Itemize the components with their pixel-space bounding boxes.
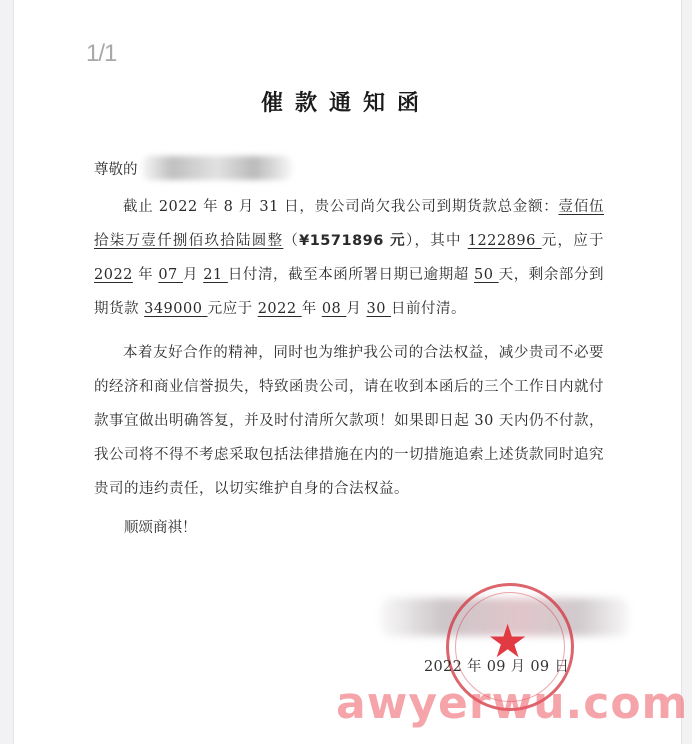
document-title: 催款通知函: [0, 86, 692, 117]
text-segment: 元，应于: [542, 233, 604, 249]
due-year: 2022: [94, 267, 133, 283]
remaining-month: 08: [322, 301, 347, 317]
salutation: 尊敬的: [94, 158, 138, 179]
amount-figure: ¥1571896 元: [299, 233, 406, 249]
remaining-amount: 349000: [144, 301, 207, 317]
page-indicator: 1/1: [86, 40, 116, 68]
text-segment: 月: [183, 267, 203, 283]
paragraph-demand: 本着友好合作的精神，同时也为维护我公司的合法权益，减少贵司不必要的经济和商业信誉…: [94, 336, 604, 506]
text-segment: 年: [302, 301, 322, 317]
remaining-year: 2022: [258, 301, 302, 317]
text-segment: （: [283, 233, 299, 249]
redacted-recipient: [142, 156, 292, 180]
watermark: awyerwu.com: [336, 682, 688, 726]
signature-date: 2022 年 09 月 09 日: [424, 655, 569, 676]
due-month: 07: [158, 267, 183, 283]
text-segment: 年: [133, 267, 158, 283]
text-segment: 日前付清。: [391, 301, 466, 317]
text-segment: 日付清，截至本函所署日期已逾期超: [228, 267, 474, 283]
text-segment: 截止 2022 年 8 月 31 日，贵公司尚欠我公司到期货款总金额：: [123, 199, 559, 215]
due-amount: 1222896: [468, 233, 542, 249]
remaining-day: 30: [366, 301, 391, 317]
overdue-days: 50: [474, 267, 499, 283]
due-day: 21: [203, 267, 228, 283]
closing-salutation: 顺颂商祺！: [124, 516, 197, 537]
text-segment: ），其中: [406, 233, 468, 249]
text-segment: 月: [346, 301, 366, 317]
paragraph-debt-details: 截止 2022 年 8 月 31 日，贵公司尚欠我公司到期货款总金额：壹佰伍拾柒…: [94, 190, 604, 326]
text-segment: 元应于: [208, 301, 258, 317]
